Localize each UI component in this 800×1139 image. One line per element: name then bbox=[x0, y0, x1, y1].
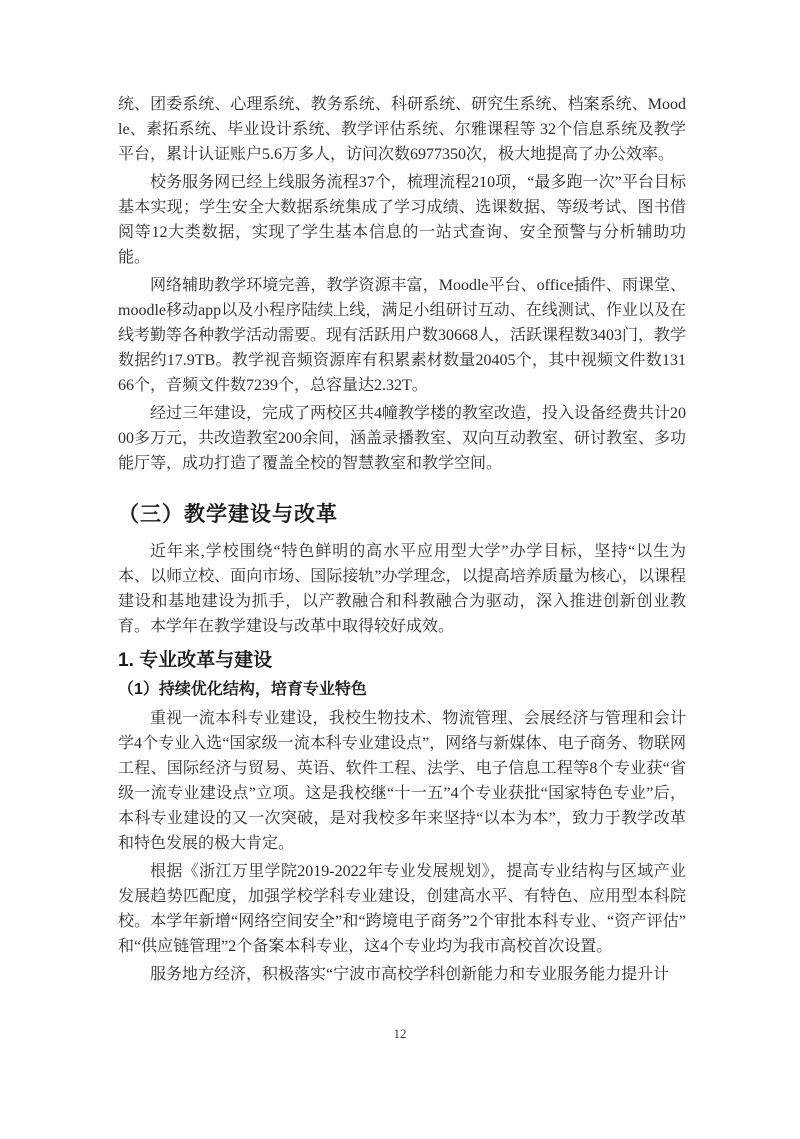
paragraph-campus-service-network: 校务服务网已经上线服务流程37个，梳理流程210项，“最多跑一次”平台目标基本实… bbox=[118, 170, 686, 270]
document-page: 统、团委系统、心理系统、教务系统、科研系统、研究生系统、档案系统、Moodle、… bbox=[0, 0, 800, 1139]
paragraph-classroom-renovation: 经过三年建设，完成了两校区共4幢教学楼的教室改造，投入设备经费共计2000多万元… bbox=[118, 401, 686, 476]
paragraph-online-teaching-environment: 网络辅助教学环境完善，教学资源丰富，Moodle平台、office插件、雨课堂、… bbox=[118, 273, 686, 398]
paragraph-serve-local-economy: 服务地方经济，积极落实“宁波市高校学科创新能力和专业服务能力提升计 bbox=[118, 962, 686, 987]
item-heading-optimize-structure: （1）持续优化结构，培育专业特色 bbox=[118, 679, 686, 701]
subsection-heading-major-reform-construction: 1. 专业改革与建设 bbox=[118, 648, 686, 673]
section-heading-teaching-construction-reform: （三）教学建设与改革 bbox=[118, 501, 686, 529]
paragraph-first-class-majors: 重视一流本科专业建设，我校生物技术、物流管理、会展经济与管理和会计学4个专业入选… bbox=[118, 706, 686, 856]
paragraph-major-development-plan: 根据《浙江万里学院2019-2022年专业发展规划》，提高专业结构与区域产业发展… bbox=[118, 859, 686, 959]
paragraph-info-systems: 统、团委系统、心理系统、教务系统、科研系统、研究生系统、档案系统、Moodle、… bbox=[118, 92, 686, 167]
page-content: 统、团委系统、心理系统、教务系统、科研系统、研究生系统、档案系统、Moodle、… bbox=[118, 92, 686, 990]
page-number: 12 bbox=[0, 1026, 800, 1042]
paragraph-section-intro: 近年来,学校围绕“特色鲜明的高水平应用型大学”办学目标，坚持“以生为本、以师立校… bbox=[118, 539, 686, 639]
